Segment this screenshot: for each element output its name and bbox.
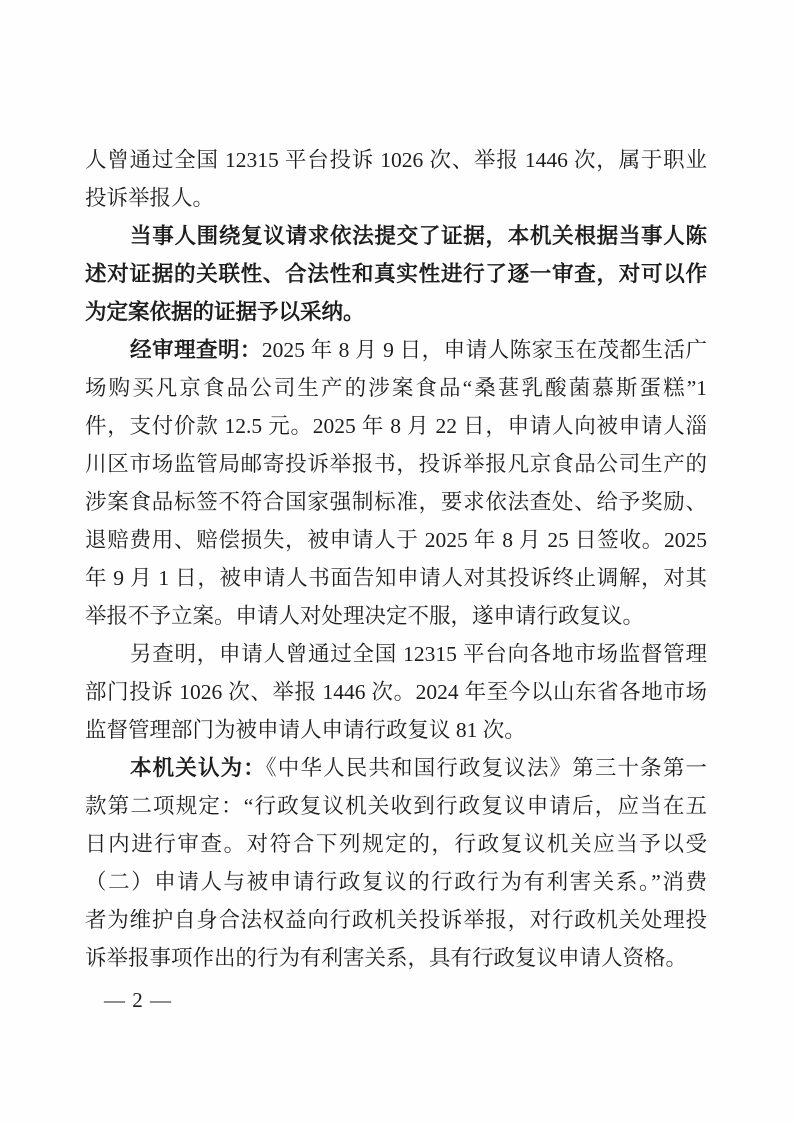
text-line: 监督管理部门为被申请人申请行政复议 81 次。 bbox=[85, 711, 707, 749]
section-lead-label: 经审理查明： bbox=[130, 338, 262, 362]
line-text: 《中华人民共和国行政复议法》第三十条第一 bbox=[266, 756, 707, 780]
page-number: — 2 — bbox=[104, 986, 172, 1014]
text-line: （二）申请人与被申请行政复议的行政行为有利害关系。”消费 bbox=[85, 863, 707, 901]
text-line: 经审理查明：2025 年 8 月 9 日，申请人陈家玉在茂都生活广 bbox=[85, 331, 707, 369]
text-line: 件，支付价款 12.5 元。2025 年 8 月 22 日，申请人向被申请人淄 bbox=[85, 407, 707, 445]
text-line: 部门投诉 1026 次、举报 1446 次。2024 年至今以山东省各地市场 bbox=[85, 673, 707, 711]
text-line: 川区市场监管局邮寄投诉举报书，投诉举报凡京食品公司生产的 bbox=[85, 445, 707, 483]
line-text: 2025 年 8 月 9 日，申请人陈家玉在茂都生活广 bbox=[262, 338, 707, 362]
text-line: 投诉举报人。 bbox=[85, 179, 707, 217]
text-line: 款第二项规定：“行政复议机关收到行政复议申请后，应当在五 bbox=[85, 787, 707, 825]
document-page: 人曾通过全国 12315 平台投诉 1026 次、举报 1446 次，属于职业 … bbox=[0, 0, 794, 1123]
document-body: 人曾通过全国 12315 平台投诉 1026 次、举报 1446 次，属于职业 … bbox=[85, 141, 707, 977]
text-line: 述对证据的关联性、合法性和真实性进行了逐一审查，对可以作 bbox=[85, 255, 707, 293]
text-line: 场购买凡京食品公司生产的涉案食品“桑葚乳酸菌慕斯蛋糕”1 bbox=[85, 369, 707, 407]
text-line: 涉案食品标签不符合国家强制标准，要求依法查处、给予奖励、 bbox=[85, 483, 707, 521]
text-line: 诉举报事项作出的行为有利害关系，具有行政复议申请人资格。 bbox=[85, 939, 707, 977]
text-line: 本机关认为：《中华人民共和国行政复议法》第三十条第一 bbox=[85, 749, 707, 787]
text-line: 为定案依据的证据予以采纳。 bbox=[85, 293, 707, 331]
text-line: 当事人围绕复议请求依法提交了证据，本机关根据当事人陈 bbox=[85, 217, 707, 255]
text-line: 退赔费用、赔偿损失，被申请人于 2025 年 8 月 25 日签收。2025 bbox=[85, 521, 707, 559]
text-line: 人曾通过全国 12315 平台投诉 1026 次、举报 1446 次，属于职业 bbox=[85, 141, 707, 179]
section-lead-label: 本机关认为： bbox=[130, 756, 266, 780]
text-line: 另查明，申请人曾通过全国 12315 平台向各地市场监督管理 bbox=[85, 635, 707, 673]
text-line: 举报不予立案。申请人对处理决定不服，遂申请行政复议。 bbox=[85, 597, 707, 635]
text-line: 年 9 月 1 日，被申请人书面告知申请人对其投诉终止调解，对其 bbox=[85, 559, 707, 597]
text-line: 日内进行审查。对符合下列规定的，行政复议机关应当予以受理： bbox=[85, 825, 707, 863]
text-line: 者为维护自身合法权益向行政机关投诉举报，对行政机关处理投 bbox=[85, 901, 707, 939]
